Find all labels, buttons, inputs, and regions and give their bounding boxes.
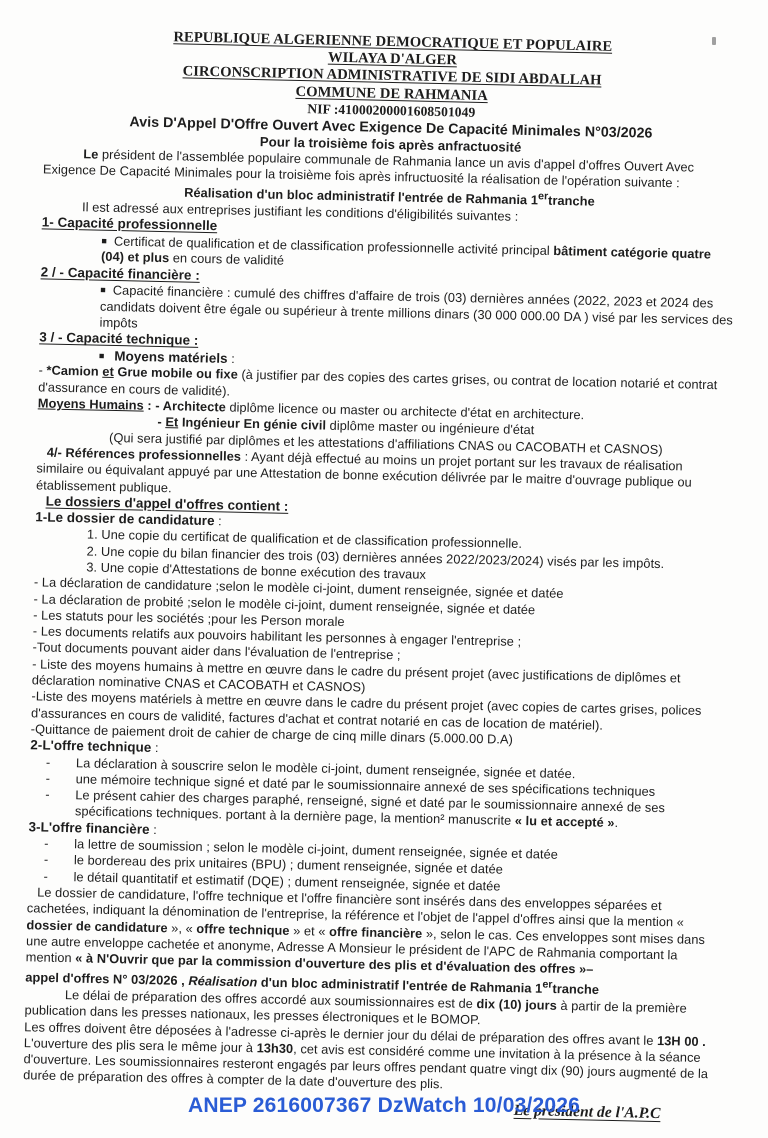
offre-financiere-colon: : (149, 822, 157, 837)
depot-bold-13h00: 13H 00 . (657, 1033, 706, 1049)
technique-item3-post: . (614, 815, 618, 830)
appel-realisation-italic: Réalisation (188, 973, 257, 989)
anep-footer: ANEP 2616007367 DzWatch 10/03/2026 (0, 1094, 768, 1118)
ingenieur-bold: Ingénieur En génie civil (178, 415, 330, 433)
square-bullet-icon: ■ (101, 235, 107, 245)
moyens-humains-label: Moyens Humains (38, 395, 144, 412)
envelope-bold-candidature: dossier de candidature (26, 917, 167, 935)
appel-ref: appel d'offres N° 03/2026 , (25, 970, 188, 989)
dossier-candidature-colon: : (214, 513, 222, 528)
project-title-post: tranche (548, 193, 595, 209)
square-bullet-icon: ■ (100, 285, 106, 295)
moyens-materiels-label: Moyens matériels (114, 348, 227, 365)
envelope-paragraph: Le dossier de candidature, l'offre techn… (26, 884, 722, 981)
envelope-bold-technique: offre technique (196, 920, 289, 937)
depot-paragraph: Les offres doivent être déposées à l'adr… (23, 1019, 718, 1099)
ingenieur-et-underlined: Et (165, 414, 178, 429)
dash-marker: - (28, 835, 74, 852)
offre-financiere-label: 3-L'offre financière (28, 819, 149, 837)
moyens-materiels-colon: : (227, 351, 235, 366)
intro-lead: Le (83, 146, 98, 161)
project-title-sup: er (538, 191, 548, 203)
offre-technique-colon: : (151, 740, 159, 755)
scanned-tender-notice-page: REPUBLIQUE ALGERIENNE DEMOCRATIQUE ET PO… (0, 0, 768, 1138)
section1-item-post: en cours de validité (169, 251, 284, 269)
delai-bold-duration: dix (10) jours (476, 996, 557, 1013)
technique-item3-bold: « lu et accepté » (515, 813, 615, 830)
dash-marker: - (28, 852, 74, 869)
appel-tranche: tranche (552, 981, 599, 997)
envelope-seg-3: » et « (289, 922, 329, 938)
dossier-candidature-label: 1-Le dossier de candidature (35, 509, 214, 528)
camion-et-underlined: et (102, 364, 114, 379)
dash-marker: - (29, 770, 75, 787)
dash-marker: - (30, 754, 76, 771)
moyens-humains-sep: : (144, 398, 156, 413)
architecte-bold: - Architecte (155, 398, 229, 415)
camion-bold-2: Grue mobile ou fixe (114, 364, 242, 382)
dash-marker: - (29, 786, 76, 820)
document-body: REPUBLIQUE ALGERIENNE DEMOCRATIQUE ET PO… (22, 26, 739, 1123)
envelope-seg-2: », « (167, 920, 196, 936)
square-bullet-icon: ■ (99, 350, 105, 360)
depot-bold-13h30: 13h30 (257, 1040, 294, 1056)
dash-marker: - (27, 868, 73, 885)
envelope-bold-financiere: offre financière (329, 923, 423, 940)
offre-technique-label: 2-L'offre technique (30, 738, 151, 756)
header-wilaya-text: WILAYA D'ALGER (328, 50, 457, 69)
camion-bold-1: *Camion (46, 363, 102, 379)
appel-sup: er (542, 979, 552, 991)
